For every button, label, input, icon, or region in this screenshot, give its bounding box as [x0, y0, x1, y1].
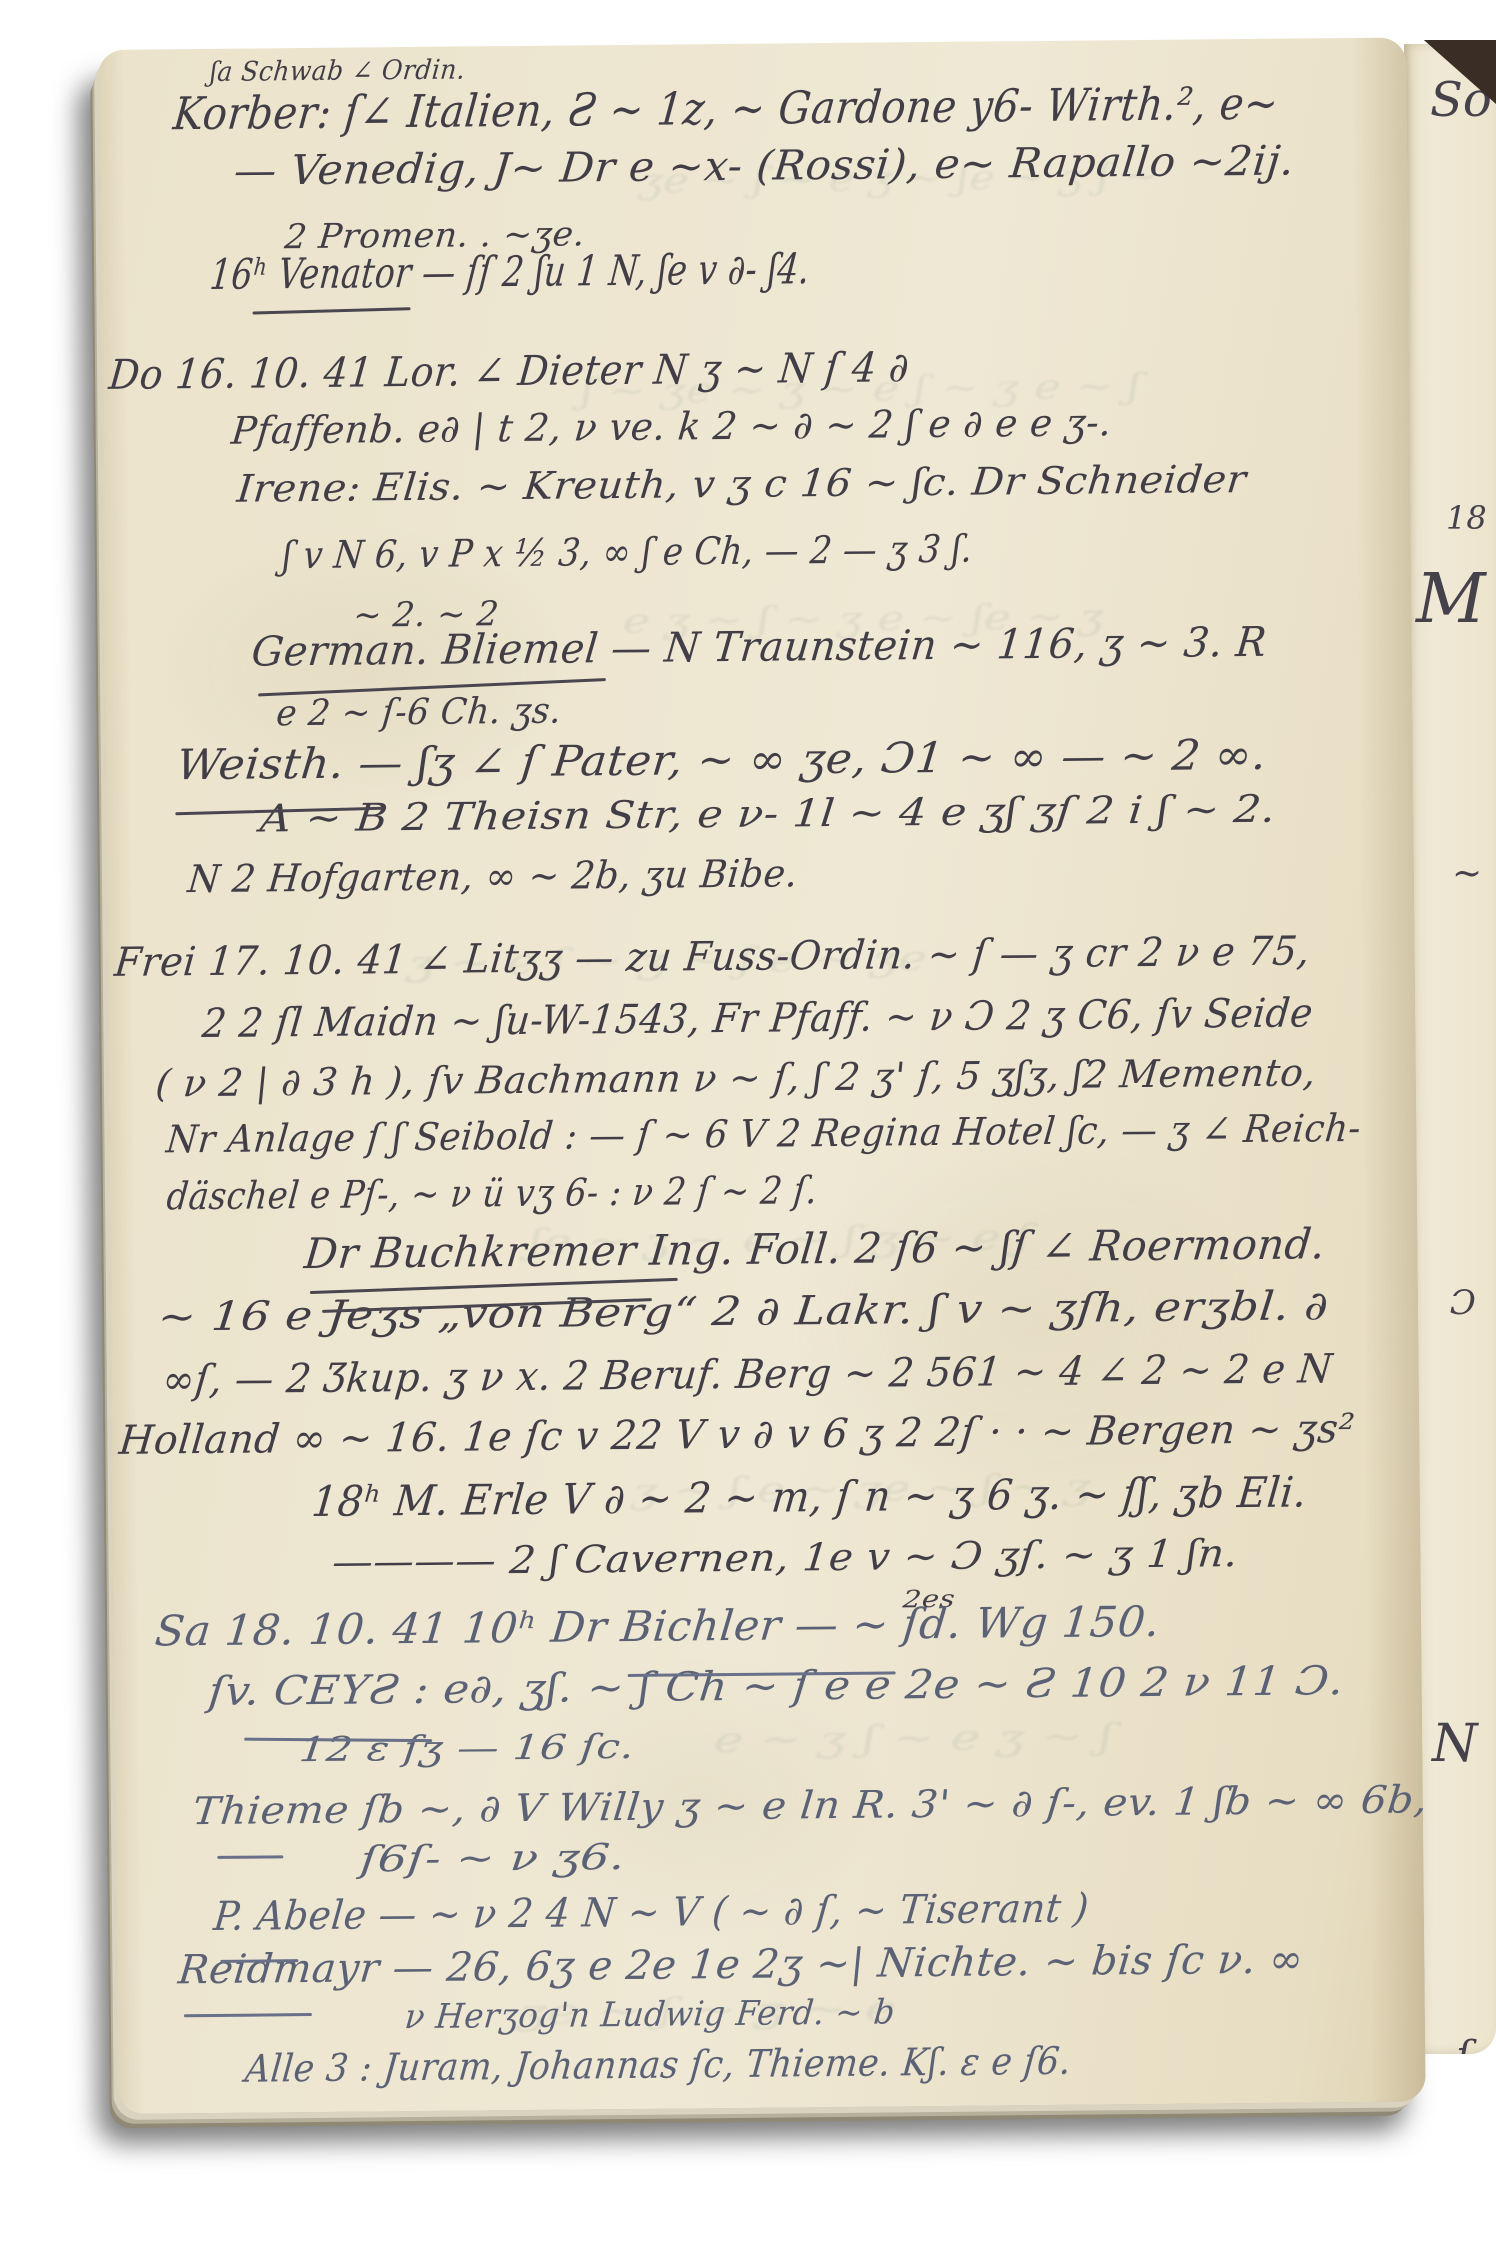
handwriting-line: ʃ v N 6, v P x ½ 3, ∞ ʃ e Ch, — 2 — ʒ 3 … [281, 530, 975, 575]
handwriting-layer: ʒe ~ ʃ ~ e ʒ ~ ʃe ~ ʒ ʃ ~ʃ ~ ʒe ~ ʒ ~ e … [98, 37, 1426, 2113]
ink-underline [184, 2013, 312, 2017]
handwriting-fragment: ~ [1452, 856, 1482, 892]
handwriting-line: Frei 17. 10. 41 ∠ Litʒʒ — zu Fuss-Ordin.… [113, 931, 1312, 983]
photo-background: So18M~ƆNſ ʒe ~ ʃ ~ e ʒ ~ ʃe ~ ʒ ʃ ~ʃ ~ ʒ… [0, 0, 1496, 2264]
ink-underline [217, 1855, 283, 1859]
handwriting-line: Thieme ſb ~, ∂ V Willy ʒ ~ e ln R. 3' ~ … [191, 1780, 1429, 1830]
handwriting-line: ν Herʒog'n Ludwig Ferd. ~ b [403, 1995, 896, 2034]
handwriting-line: ʃa Schwab ∠ Ordin. [209, 56, 467, 85]
handwriting-line: ———— 2 ʃ Cavernen, 1e v ~ Ɔ ʒſ. ~ ʒ 1 ʃn… [331, 1534, 1240, 1581]
handwriting-line: Pfaffenb. e∂ | t 2, ν ve. k 2 ~ ∂ ~ 2 ʃ … [230, 403, 1114, 449]
ink-underline [252, 307, 410, 314]
handwriting-line: N 2 Hofgarten, ∞ ~ 2b, ʒu Bibe. [186, 854, 800, 898]
handwriting-line: ( ν 2 | ∂ 3 h ), ſv Bachmann ν ~ ſ, ʃ 2 … [154, 1053, 1318, 1102]
handwriting-line: ſv. CEYƧ : e∂, ʒʃ. ~ ʃ Ch ~ ſ e e 2e ~ Ƨ… [207, 1661, 1346, 1712]
handwriting-line: däschel e Pſ-, ~ ν ü vʒ 6- : ν 2 ſ ~ 2 ſ… [165, 1171, 819, 1215]
handwriting-fragment: Ɔ [1450, 1286, 1476, 1320]
handwriting-line: ∞ſ, — 2 Ʒkup. ʒ ν x. 2 Beruf. Berg ~ 2 5… [161, 1349, 1334, 1400]
handwriting-line: 12 ε ſʒ — 16 ſc. [298, 1730, 636, 1767]
handwriting-line: A ~ B 2 Theisn Str, e ν- 1l ~ 4 e ʒʃ ʒſ … [259, 790, 1278, 838]
show-through-text: e ~ ʒ ʃ ~ e ʒ ~ ʃ [713, 1720, 1116, 1758]
handwriting-line: Sa 18. 10. 41 10ʰ Dr Bichler — ~ ſd. Wg … [153, 1601, 1162, 1653]
handwriting-line: P. Abele — ~ ν 2 4 N ~ V ( ~ ∂ ſ, ~ Tise… [212, 1889, 1091, 1937]
handwriting-fragment: N [1432, 1718, 1478, 1770]
notebook-page: ʒe ~ ʃ ~ e ʒ ~ ʃe ~ ʒ ʃ ~ʃ ~ ʒe ~ ʒ ~ e … [98, 37, 1426, 2113]
handwriting-line: Alle 3 : Juram, Johannas ſc, Thieme. Kʃ.… [244, 2042, 1073, 2088]
handwriting-line: ſ6ſ- ~ ν ʒ6. [359, 1840, 627, 1879]
handwriting-line: Irene: Elis. ~ Kreuth, v ʒ c 16 ~ ʃc. Dr… [235, 460, 1248, 508]
handwriting-line: Do 16. 10. 41 Lor. ∠ Dieter N ʒ ~ N ſ 4 … [107, 347, 911, 396]
handwriting-line: Dr Buchkremer Ing. Foll. 2 ſ6 ~ ʃſ ∠ Roe… [303, 1223, 1328, 1275]
handwriting-line: — Venedig, J~ Dr e ~x- (Rossi), e~ Rapal… [232, 141, 1296, 192]
handwriting-line: 2 2 ſl Maidn ~ ʃu-W-1543, Fr Pfaff. ~ ν … [200, 993, 1314, 1044]
handwriting-line: German. Bliemel — N Traunstein ~ 116, ʒ … [250, 622, 1269, 673]
handwriting-fragment: M [1416, 566, 1486, 634]
handwriting-line: e 2 ~ ſ-6 Ch. ʒs. [275, 694, 563, 733]
handwriting-line: Holland ∞ ~ 16. 1e ſc v 22 V v ∂ v 6 ʒ 2… [117, 1409, 1356, 1461]
handwriting-line: 16ʰ Venator — ſſ 2 ʃu 1 N, ʃe v ∂- ʃ4. [208, 248, 812, 296]
handwriting-line: Korber: ſ∠ Italien, Ƨ ~ 1z, ~ Gardone y6… [171, 81, 1280, 137]
handwriting-line: Weisth. — ʃʒ ∠ ſ Pater, ~ ∞ ʒe, Ɔ1 ~ ∞ —… [175, 734, 1269, 787]
handwriting-line: Nr Anlage ſ ʃ Seibold : — ſ ~ 6 V 2 Regi… [165, 1109, 1363, 1159]
handwriting-line: Reidmayr — 26, 6ʒ e 2e 1e 2ʒ ~| Nichte. … [177, 1939, 1306, 1990]
handwriting-fragment: ſ [1456, 2036, 1471, 2054]
handwriting-line: 18ʰ M. Erle V ∂ ~ 2 ~ m, ſ n ~ ʒ 6 ʒ. ~ … [310, 1471, 1309, 1523]
handwriting-fragment: 18 [1446, 502, 1487, 534]
